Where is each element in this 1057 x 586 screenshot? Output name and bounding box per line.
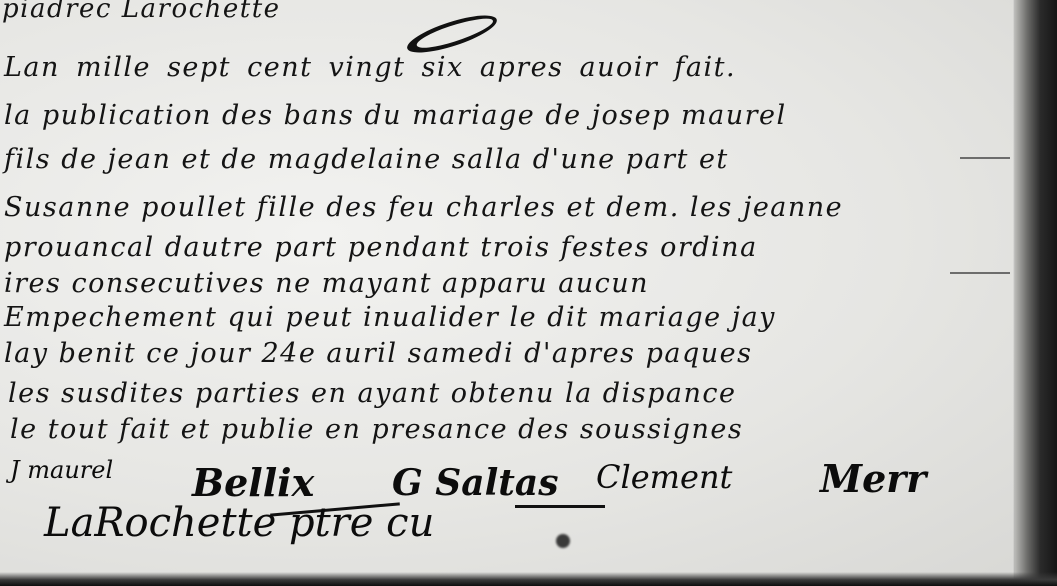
manuscript-line-7: Empechement qui peut inualider le dit ma… bbox=[4, 302, 776, 333]
signature-merr: Merr bbox=[820, 456, 926, 501]
manuscript-line-1: Lan mille sept cent vingt six apres auoi… bbox=[4, 52, 736, 83]
manuscript-line-4: Susanne poullet fille des feu charles et… bbox=[4, 192, 843, 223]
signature-maurel: J maurel bbox=[10, 456, 113, 484]
signature-clement: Clement bbox=[596, 458, 732, 496]
signature-underline bbox=[515, 505, 605, 508]
signature-larochette: LaRochette ptre cu bbox=[44, 500, 434, 546]
signature-saltas: G Saltas bbox=[392, 462, 559, 504]
page-bottom-edge bbox=[0, 572, 1057, 586]
line-filler-rule bbox=[950, 272, 1010, 274]
signature-bellix: Bellix bbox=[192, 460, 314, 505]
manuscript-line-6: ires consecutives ne mayant apparu aucun bbox=[4, 268, 649, 299]
manuscript-line-8: lay benit ce jour 24e auril samedi d'apr… bbox=[4, 338, 752, 369]
ink-blot bbox=[556, 534, 570, 548]
manuscript-line-10: le tout fait et publie en presance des s… bbox=[10, 414, 743, 445]
book-binding bbox=[1015, 0, 1057, 586]
manuscript-line-2: la publication des bans du mariage de jo… bbox=[4, 100, 787, 131]
manuscript-line-9: les susdites parties en ayant obtenu la … bbox=[8, 378, 736, 409]
line-filler-rule bbox=[960, 157, 1010, 159]
manuscript-line-3: fils de jean et de magdelaine salla d'un… bbox=[4, 144, 729, 175]
manuscript-line-5: prouancal dautre part pendant trois fest… bbox=[4, 232, 758, 263]
manuscript-line-0: piadrec Larochette bbox=[2, 0, 281, 24]
manuscript-page: piadrec Larochette Lan mille sept cent v… bbox=[0, 0, 1057, 586]
